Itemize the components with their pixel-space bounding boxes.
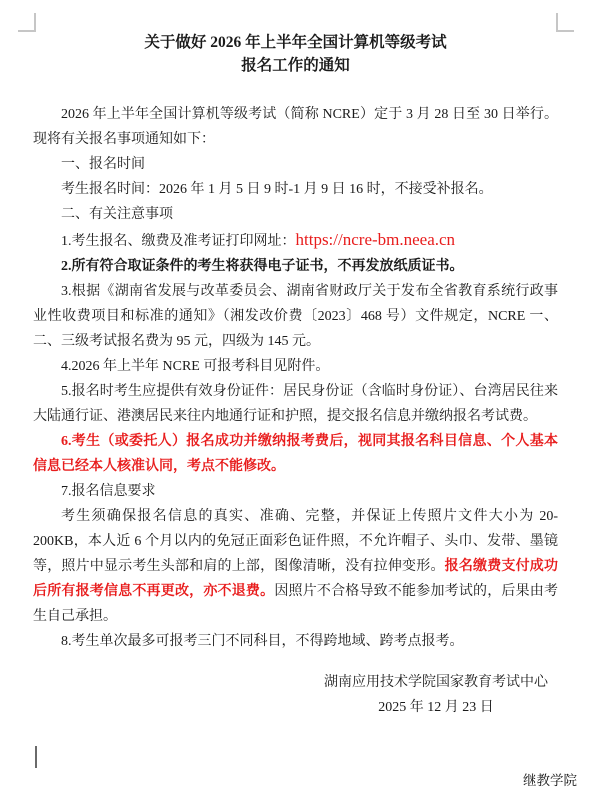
notice-body: 2026 年上半年全国计算机等级考试（简称 NCRE）定于 3 月 28 日至 … xyxy=(33,102,558,654)
document-content: 关于做好 2026 年上半年全国计算机等级考试 报名工作的通知 2026 年上半… xyxy=(33,31,558,720)
text-segment: 二、有关注意事项 xyxy=(61,207,173,222)
paragraph: 考生报名时间：2026 年 1 月 5 日 9 时-1 月 9 日 16 时，不… xyxy=(33,177,558,202)
text-segment: 8.考生单次最多可报考三门不同科目，不得跨地域、跨考点报考。 xyxy=(61,634,464,649)
text-segment: 2.所有符合取证条件的考生将获得电子证书，不再发放纸质证书。 xyxy=(61,259,464,274)
paragraph: 4.2026 年上半年 NCRE 可报考科目见附件。 xyxy=(33,354,558,379)
paragraph: 2026 年上半年全国计算机等级考试（简称 NCRE）定于 3 月 28 日至 … xyxy=(33,102,558,152)
paragraph: 6.考生（或委托人）报名成功并缴纳报考费后，视同其报名科目信息、个人基本信息已经… xyxy=(33,429,558,479)
signature-line: 湖南应用技术学院国家教育考试中心 xyxy=(324,670,548,695)
paragraph: 8.考生单次最多可报考三门不同科目，不得跨地域、跨考点报考。 xyxy=(33,629,558,654)
notice-title: 关于做好 2026 年上半年全国计算机等级考试 报名工作的通知 xyxy=(33,31,558,77)
margin-crop-mark-top-right-icon xyxy=(556,13,574,32)
text-cursor xyxy=(35,746,37,768)
watermark-label: 继教学院 xyxy=(523,769,577,789)
paragraph: 1.考生报名、缴费及准考证打印网址：https://ncre-bm.neea.c… xyxy=(33,227,558,254)
paragraph: 二、有关注意事项 xyxy=(33,202,558,227)
signature-inner: 湖南应用技术学院国家教育考试中心 2025 年 12 月 23 日 xyxy=(324,670,548,720)
text-segment: 7.报名信息要求 xyxy=(61,484,156,499)
text-segment: 4.2026 年上半年 NCRE 可报考科目见附件。 xyxy=(61,359,329,374)
paragraph: 3.根据《湖南省发展与改革委员会、湖南省财政厅关于发布全省教育系统行政事业性收费… xyxy=(33,279,558,354)
text-segment: 5.报名时考生应提供有效身份证件：居民身份证（含临时身份证）、台湾居民往来大陆通… xyxy=(33,384,558,424)
text-segment: 一、报名时间 xyxy=(61,157,145,172)
date-line: 2025 年 12 月 23 日 xyxy=(324,695,548,720)
paragraph: 7.报名信息要求 xyxy=(33,479,558,504)
text-segment: 考生报名时间：2026 年 1 月 5 日 9 时-1 月 9 日 16 时，不… xyxy=(61,182,493,197)
text-segment: 3.根据《湖南省发展与改革委员会、湖南省财政厅关于发布全省教育系统行政事业性收费… xyxy=(33,284,558,349)
document-page: { "colors":{ "accent_red":"#e81c1c", "te… xyxy=(0,0,591,800)
paragraph: 2.所有符合取证条件的考生将获得电子证书，不再发放纸质证书。 xyxy=(33,254,558,279)
paragraph: 一、报名时间 xyxy=(33,152,558,177)
notice-title-line-2: 报名工作的通知 xyxy=(33,54,558,77)
paragraph: 5.报名时考生应提供有效身份证件：居民身份证（含临时身份证）、台湾居民往来大陆通… xyxy=(33,379,558,429)
margin-crop-mark-top-left-icon xyxy=(18,13,36,32)
text-segment: 1.考生报名、缴费及准考证打印网址： xyxy=(61,234,296,249)
text-segment: 2026 年上半年全国计算机等级考试（简称 NCRE）定于 3 月 28 日至 … xyxy=(33,107,558,147)
notice-title-line-1: 关于做好 2026 年上半年全国计算机等级考试 xyxy=(33,31,558,54)
text-segment: 6.考生（或委托人）报名成功并缴纳报考费后，视同其报名科目信息、个人基本信息已经… xyxy=(33,434,558,474)
registration-url-link[interactable]: https://ncre-bm.neea.cn xyxy=(296,230,456,249)
paragraph: 考生须确保报名信息的真实、准确、完整，并保证上传照片文件大小为 20-200KB… xyxy=(33,504,558,629)
signature-block: 湖南应用技术学院国家教育考试中心 2025 年 12 月 23 日 xyxy=(33,670,558,720)
